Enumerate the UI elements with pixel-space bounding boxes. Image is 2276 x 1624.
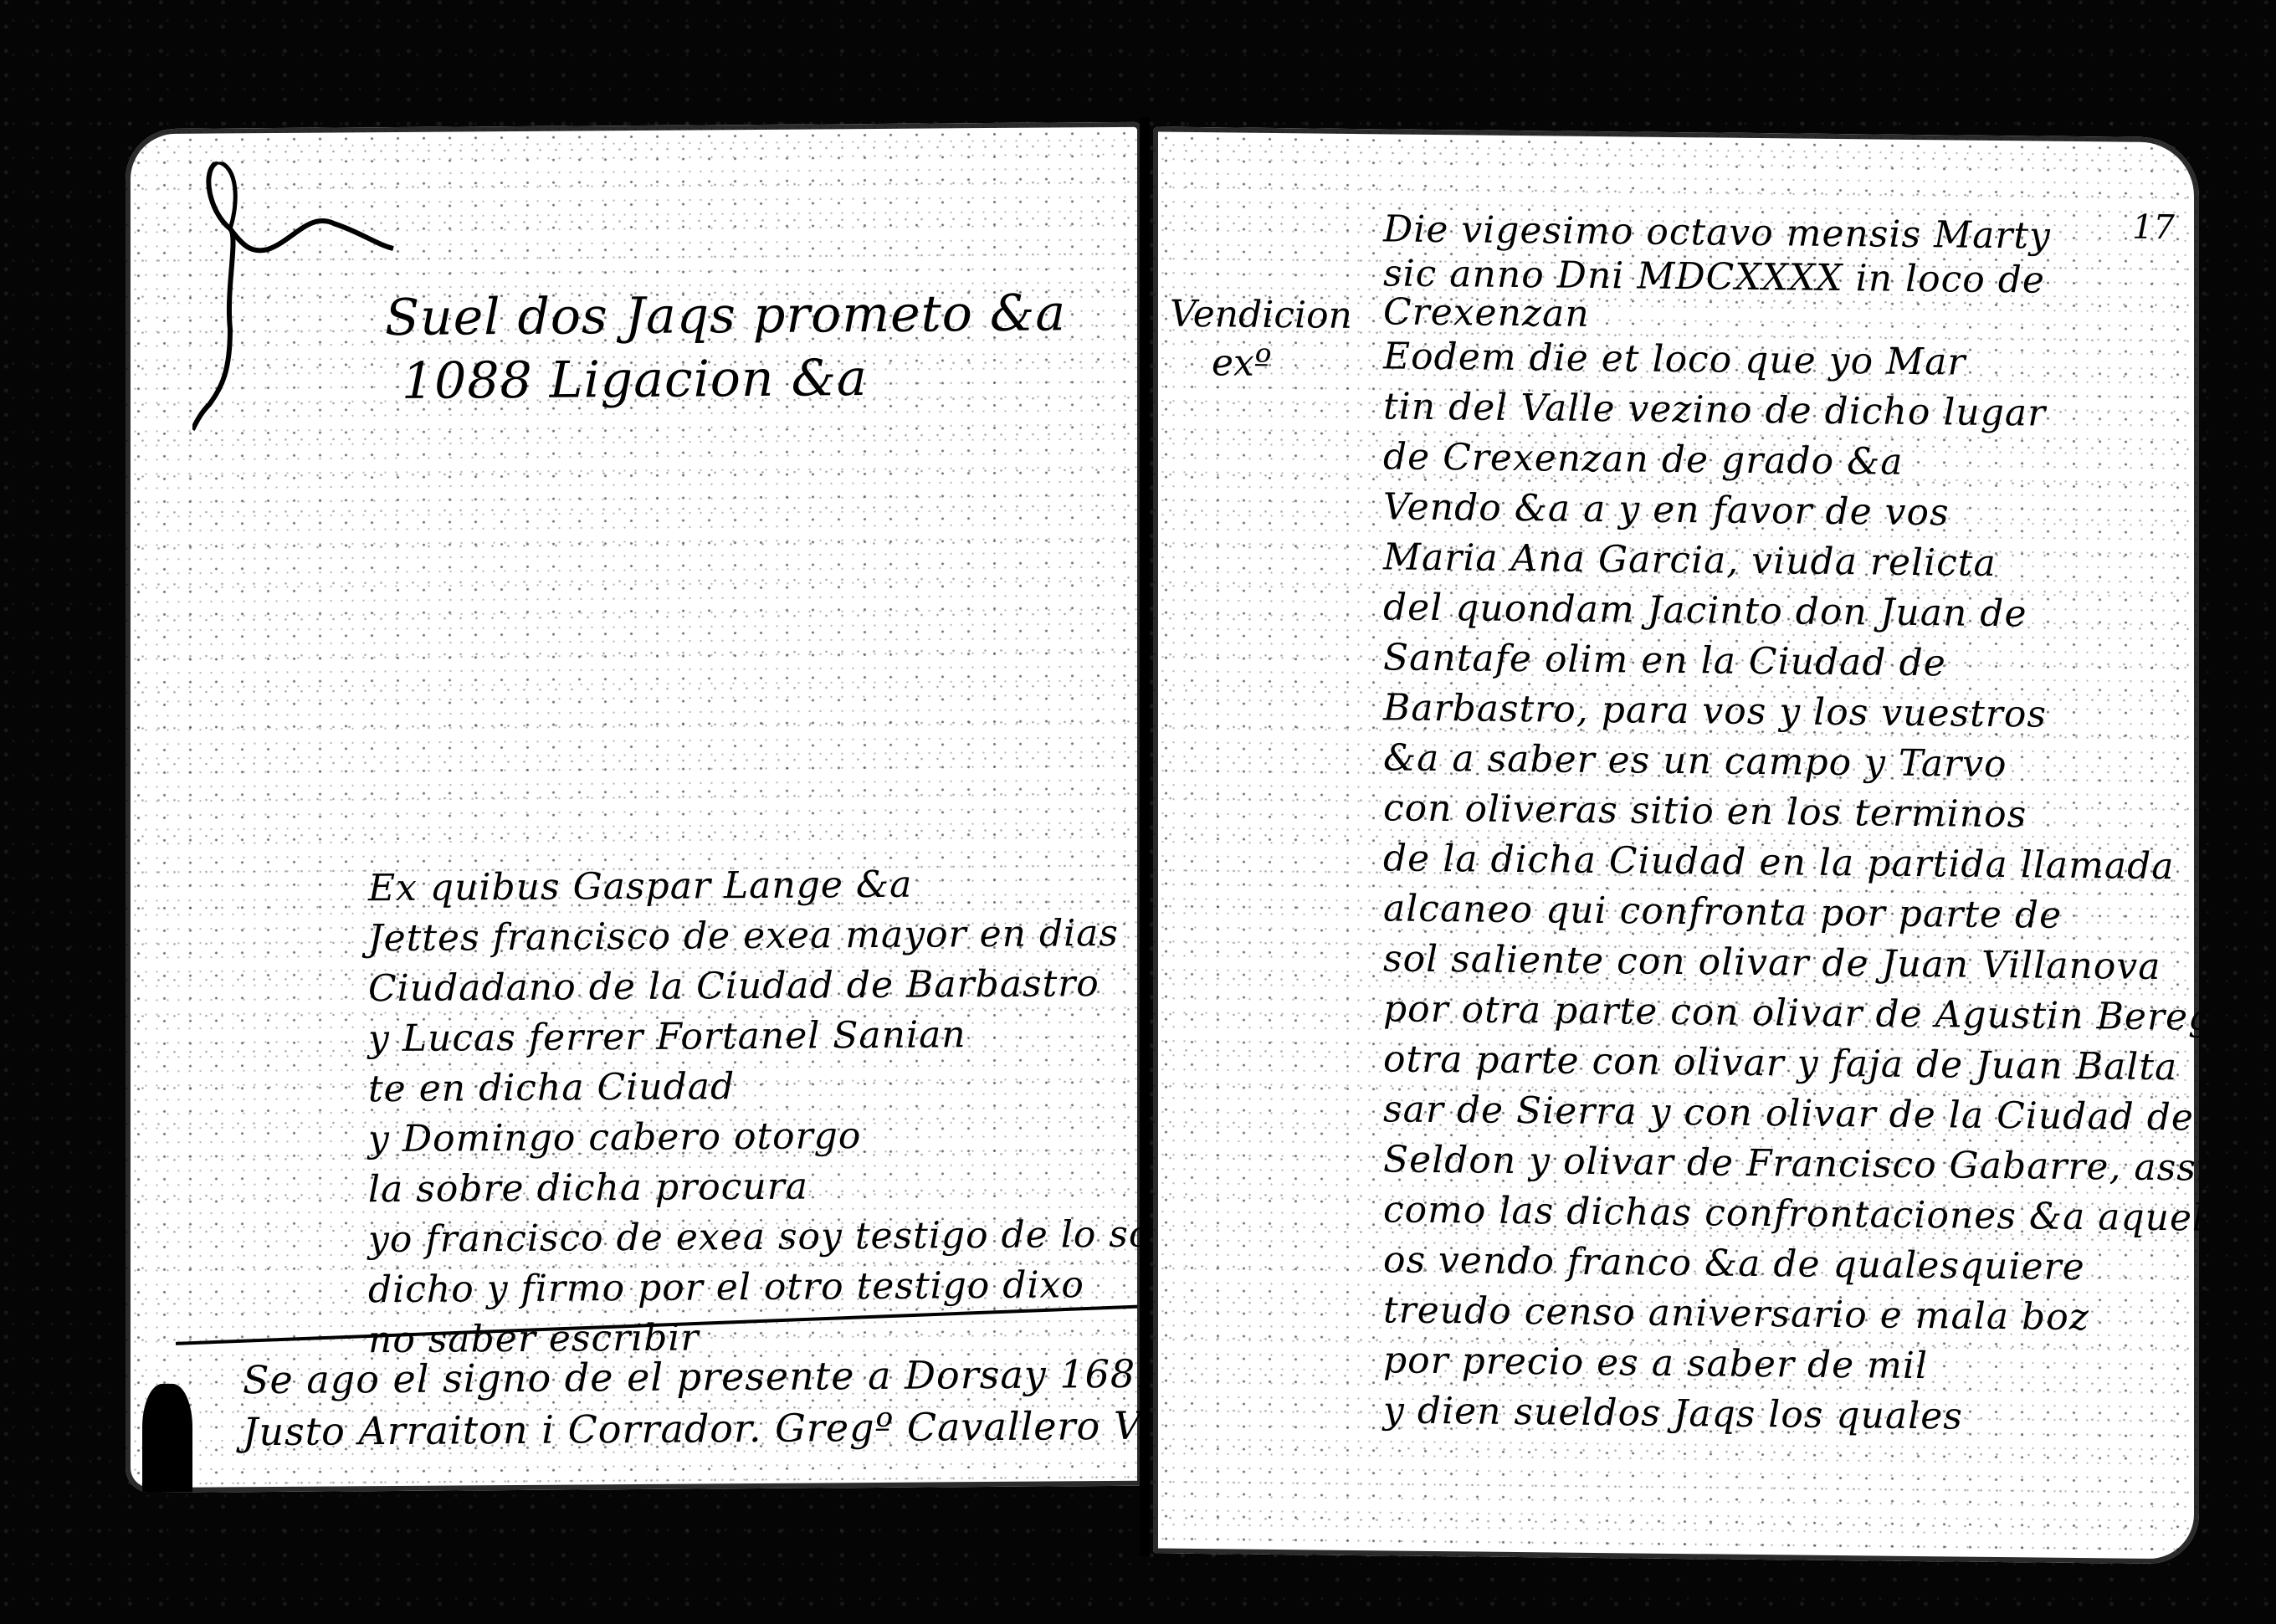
text-line: Barbastro, para vos y los vuestros	[1383, 683, 2199, 742]
page-damage-corner	[142, 1384, 192, 1493]
text-line: Maria Ana Garcia, viuda relicta	[1383, 532, 2199, 592]
text-line: tin del Valle vezino de dicho lugar	[1383, 382, 2199, 441]
heading-block: Suel dos Jaqs prometo &a 1088 Ligacion &…	[385, 281, 1066, 413]
footer-signature-block: Se ago el signo de el presente a Dorsay …	[243, 1347, 1142, 1458]
text-line: la sobre dicha procura	[368, 1159, 1142, 1215]
text-line: dicho y firmo por el otro testigo dixo	[368, 1259, 1142, 1315]
text-line: como las dichas confrontaciones &a aquel	[1383, 1185, 2199, 1244]
text-line: y Domingo cabero otorgo	[368, 1109, 1142, 1165]
text-line: de Crexenzan de grado &a	[1383, 432, 2199, 491]
signature-line: Se ago el signo de el presente a Dorsay …	[243, 1347, 1142, 1406]
text-line: te en dicha Ciudad	[368, 1058, 1142, 1114]
text-line: Ex quibus Gaspar Lange &a	[368, 858, 1142, 914]
deed-text-block: Die vigesimo octavo mensis Marty sic ann…	[1383, 204, 2199, 1445]
text-line: Ciudadano de la Ciudad de Barbastro	[368, 958, 1142, 1014]
text-line: otra parte con olivar y faja de Juan Bal…	[1383, 1034, 2199, 1094]
margin-note-line: exº	[1170, 339, 1352, 389]
text-line: yo francisco de exea soy testigo de lo s…	[368, 1209, 1142, 1265]
text-line: Vendo &a a y en favor de vos	[1383, 482, 2199, 541]
right-page: 17 Vendicion exº Die vigesimo octavo men…	[1153, 126, 2199, 1564]
left-page: Suel dos Jaqs prometo &a 1088 Ligacion &…	[126, 122, 1142, 1493]
text-line: del quondam Jacinto don Juan de	[1383, 582, 2199, 642]
text-line: con oliveras sitio en los terminos	[1383, 783, 2199, 843]
margin-note-line: Vendicion	[1170, 290, 1352, 341]
text-line: &a a saber es un campo y Tarvo	[1383, 733, 2199, 792]
text-line: sol saliente con olivar de Juan Villanov…	[1383, 934, 2199, 993]
heading-line: 1088 Ligacion &a	[385, 345, 1066, 413]
text-line: por precio es a saber de mil	[1383, 1335, 2199, 1395]
text-line: Jettes francisco de exea mayor en dias	[368, 908, 1142, 964]
text-line: sar de Sierra y con olivar de la Ciudad …	[1383, 1084, 2199, 1144]
signature-line: Justo Arraiton i Corrador. Gregº Cavalle…	[243, 1399, 1142, 1458]
text-line: y dien sueldos Jaqs los quales	[1383, 1386, 2199, 1445]
body-text-block: Ex quibus Gaspar Lange &a Jettes francis…	[368, 858, 1142, 1365]
text-line: y Lucas ferrer Fortanel Sanian	[368, 1008, 1142, 1064]
text-line: Santafe olim en la Ciudad de	[1383, 633, 2199, 692]
heading-line: Suel dos Jaqs prometo &a	[385, 281, 1066, 350]
text-line: alcaneo qui confronta por parte de	[1383, 884, 2199, 943]
text-line: os vendo franco &a de qualesquiere	[1383, 1235, 2199, 1294]
margin-note: Vendicion exº	[1170, 290, 1352, 389]
text-line: por otra parte con olivar de Agustin Ber…	[1383, 984, 2199, 1043]
text-line: de la dicha Ciudad en la partida llamada	[1383, 833, 2199, 893]
book-spine	[1140, 117, 1150, 1556]
text-line: treudo censo aniversario e mala boz	[1383, 1285, 2199, 1345]
text-line: Eodem die et loco que yo Mar	[1383, 331, 2199, 391]
text-line: Seldon y olivar de Francisco Gabarre, as…	[1383, 1135, 2199, 1194]
